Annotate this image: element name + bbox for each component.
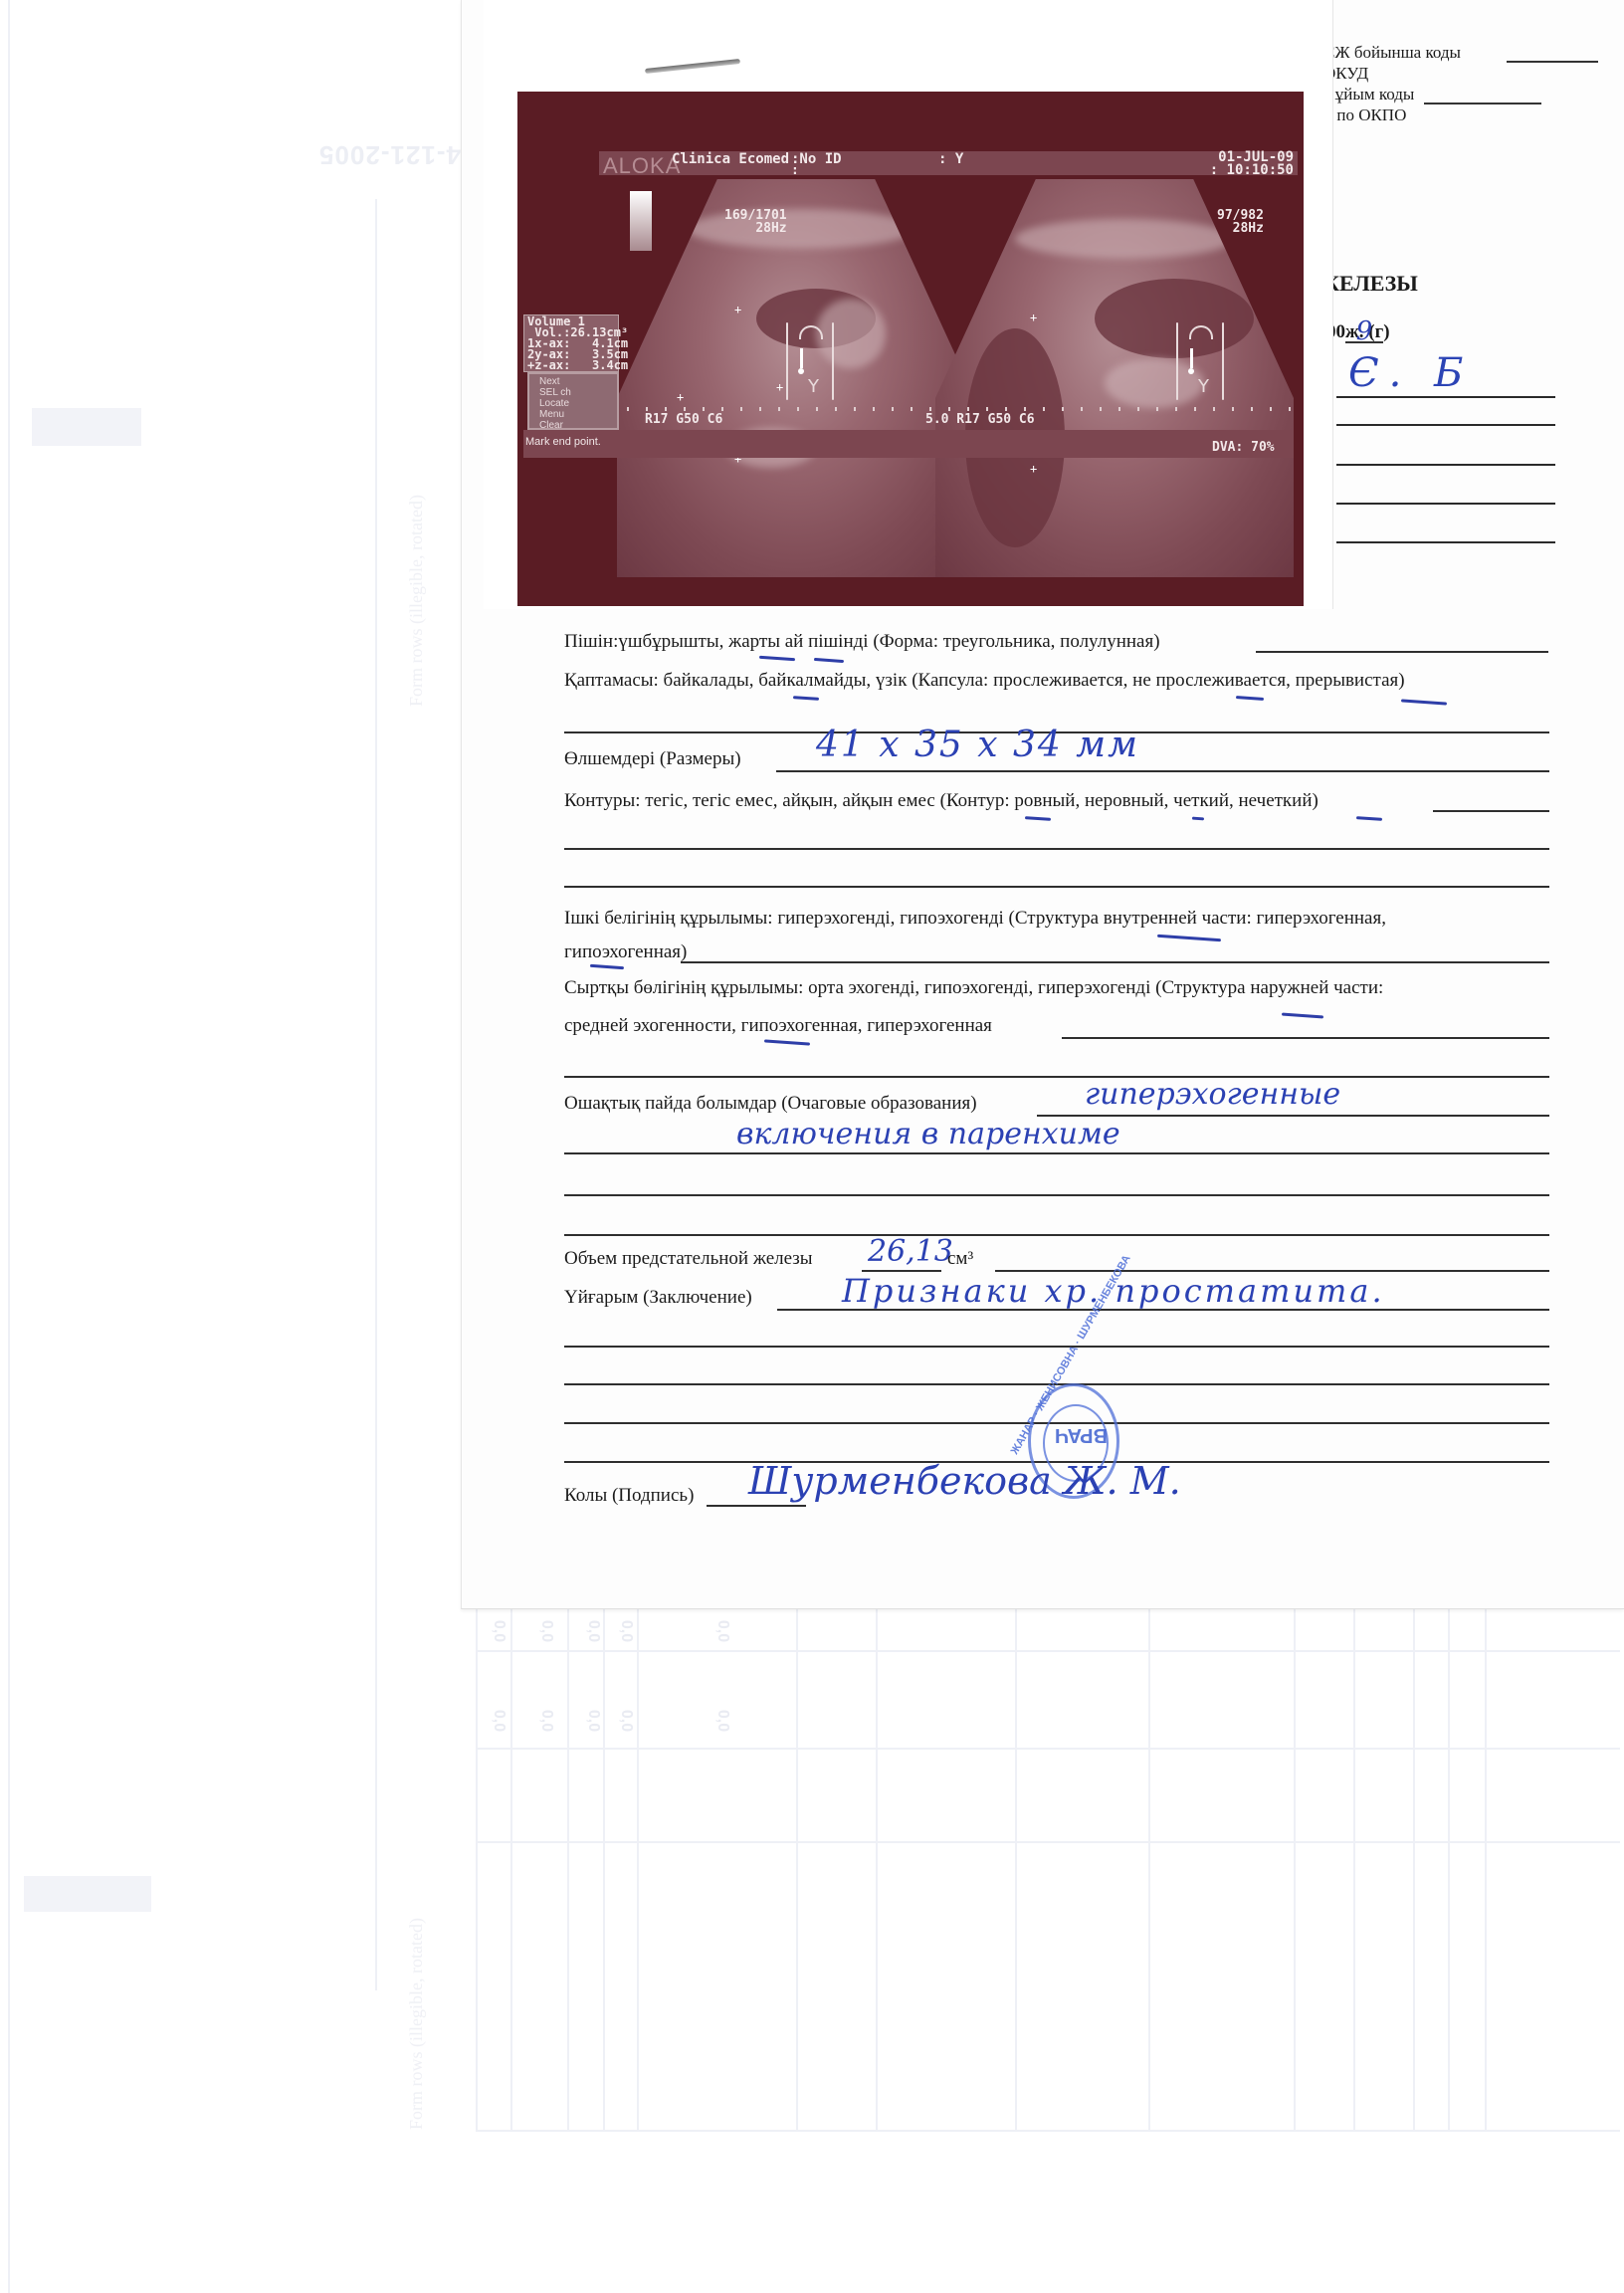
header-code-row: СЖ бойынша коды: [1323, 42, 1624, 63]
background-table-line: [603, 1607, 605, 2130]
background-shaded-cell: [32, 408, 141, 446]
grayscale-bar: [630, 191, 652, 251]
ultrasound-clinic-name: Clinica Ecomed: [672, 151, 789, 167]
form-year: 009ж. (г): [1326, 321, 1390, 343]
handwritten-year: 9: [1345, 321, 1383, 343]
blank-line: [564, 848, 1549, 850]
background-table-value: 0,0: [537, 1620, 555, 1642]
background-table-value: 0,0: [617, 1620, 635, 1642]
background-shaded-cell: [24, 1876, 151, 1912]
frame-readout-right: 97/982 28Hz: [1217, 209, 1264, 235]
handwritten-focal-line2: включения в паренхиме: [736, 1117, 1120, 1151]
field-inner-structure: Ішкі белігінің құрылымы: гиперэхогенді, …: [564, 908, 1386, 930]
blank-line: [564, 1234, 1549, 1236]
background-rotated-text: Form rows (illegible, rotated): [406, 209, 427, 707]
dva-readout: DVA: 70%: [1212, 440, 1275, 455]
handwritten-signature: Шурменбекова Ж. М.: [748, 1459, 1181, 1503]
background-table-line: [476, 1841, 1620, 1843]
blank-line: [564, 1346, 1549, 1348]
background-table-line: [476, 1607, 478, 2130]
header-blank-line: [1336, 503, 1555, 505]
background-table-line: [876, 1607, 878, 2130]
blank-line: [564, 886, 1549, 888]
volume-unit: см³: [947, 1248, 973, 1270]
background-table-line: [637, 1607, 639, 2130]
ultrasound-sex-field: : Y: [938, 151, 963, 167]
depth-scale: [627, 407, 1296, 411]
caliper-marker: +: [1030, 311, 1037, 324]
field-inner-structure-cont: гипоэхогенная): [564, 941, 687, 963]
ultrasound-image: ALOKA Clinica Ecomed :No ID : : Y 01-JUL…: [517, 92, 1304, 606]
background-table-line: [567, 1607, 569, 2130]
field-signature-blank: [707, 1505, 806, 1507]
background-table-value: 0,0: [490, 1620, 507, 1642]
background-table-value: 0,0: [713, 1710, 731, 1732]
scan-params-right: 5.0 R17 G50 C6: [925, 412, 1035, 427]
ultrasound-brand-logo: ALOKA: [603, 153, 681, 179]
background-table-value: 0,0: [617, 1710, 635, 1732]
field-contours: Контуры: тегіс, тегіс емес, айқын, айқын…: [564, 790, 1319, 812]
field-inner-structure-blank: [681, 961, 1549, 963]
background-table-line: [510, 1607, 512, 2130]
background-table-line: [476, 1650, 1620, 1652]
blank-line: [564, 1194, 1549, 1196]
field-shape-blank: [1256, 651, 1548, 653]
caliper-marker: +: [734, 303, 741, 316]
field-conclusion: Үйғарым (Заключение): [564, 1287, 752, 1309]
field-focal-formations: Ошақтық пайда болымдар (Очаговые образов…: [564, 1093, 977, 1115]
ultrasound-field-separator: :: [791, 163, 799, 178]
header-blank-line: [1336, 464, 1555, 466]
menu-item-menu[interactable]: Menu: [539, 409, 607, 420]
ultrasound-status-text: Mark end point.: [525, 436, 601, 448]
background-rotated-text: Form rows (illegible, rotated): [406, 1891, 427, 2130]
header-code-row: а ұйым коды: [1323, 84, 1624, 104]
background-table-line: [1294, 1607, 1296, 2130]
handwritten-date: Є. Б: [1348, 350, 1473, 396]
background-table-line: [1485, 1607, 1487, 2130]
header-code-row: ОКУД: [1323, 63, 1624, 84]
field-contours-blank: [1433, 810, 1549, 812]
background-table-line: [1015, 1607, 1017, 2130]
field-dimensions: Өлшемдері (Размеры): [564, 748, 741, 770]
field-outer-structure-cont: средней эхогенности, гипоэхогенная, гипе…: [564, 1015, 992, 1037]
frame-readout-left: 169/1701 28Hz: [724, 209, 787, 235]
menu-item-sel-ch[interactable]: SEL ch: [539, 387, 607, 398]
header-blank-line: [1336, 396, 1555, 398]
background-table-line: [1448, 1607, 1450, 2130]
blank-line: [564, 1076, 1549, 1078]
field-capsule: Қаптамасы: байкалады, байкалмайды, үзік …: [564, 670, 1405, 692]
background-table-value: 0,0: [490, 1710, 507, 1732]
handwritten-dimensions: 41 x 35 x 34 мм: [816, 725, 1139, 765]
caliper-marker: +: [776, 380, 783, 394]
field-outer-structure-blank: [1062, 1037, 1549, 1039]
scan-sector-right: [935, 179, 1294, 577]
ultrasound-menu: Next SEL ch Locate Menu Clear: [527, 372, 619, 430]
background-table-value: 0,0: [537, 1710, 555, 1732]
form-header-codes: СЖ бойынша коды ОКУД а ұйым коды и по ОК…: [1323, 42, 1624, 125]
background-table-value: 0,0: [584, 1620, 602, 1642]
header-blank-line: [1336, 424, 1555, 426]
background-table-line: [476, 1748, 1620, 1750]
field-outer-structure: Сыртқы бөлігінің құрылымы: орта эхогенді…: [564, 977, 1383, 999]
ultrasound-datetime: 01-JUL-09 : 10:10:50: [1189, 151, 1294, 177]
background-table-line: [1148, 1607, 1150, 2130]
blank-line: [564, 1152, 1549, 1154]
caliper-marker: +: [1030, 462, 1037, 476]
background-table-line: [1353, 1607, 1355, 2130]
header-blank-line: [1336, 541, 1555, 543]
menu-item-locate[interactable]: Locate: [539, 398, 607, 409]
field-shape: Пішін:үшбұрышты, жарты ай пішінді (Форма…: [564, 631, 1160, 653]
background-table-value: 0,0: [584, 1710, 602, 1732]
scan-params-left: R17 G50 C6: [645, 412, 722, 427]
field-prostate-volume: Объем предстательной железы: [564, 1248, 813, 1270]
header-code-row: и по ОКПО: [1323, 104, 1624, 125]
caliper-marker: +: [677, 390, 684, 404]
handwritten-focal-line1: гиперэхогенные: [1085, 1077, 1340, 1112]
background-table-line: [1413, 1607, 1415, 2130]
background-table-line: [796, 1607, 798, 2130]
background-table-value: 0,0: [713, 1620, 731, 1642]
form-title: КЕЛЕЗЫ: [1323, 271, 1418, 297]
volume-measurement-box: Volume 1 Vol.:26.13cm³ 1x-ax: 4.1cm 2y-a…: [523, 314, 619, 372]
background-table-line: [476, 2130, 1620, 2132]
body-mark-icon: Y: [786, 322, 836, 402]
background-border: [375, 199, 377, 1990]
menu-item-next[interactable]: Next: [539, 376, 607, 387]
handwritten-volume: 26,13: [868, 1234, 953, 1269]
ultrasound-status-bar: [523, 430, 1294, 458]
field-signature: Колы (Подпись): [564, 1485, 694, 1507]
body-mark-icon: Y: [1176, 322, 1226, 402]
background-form-code: 04-121-2005: [318, 139, 476, 170]
stamp-center-text: ВРАЧ: [1055, 1423, 1108, 1446]
field-dimensions-blank: [776, 770, 1549, 772]
background-border: [8, 0, 10, 2293]
